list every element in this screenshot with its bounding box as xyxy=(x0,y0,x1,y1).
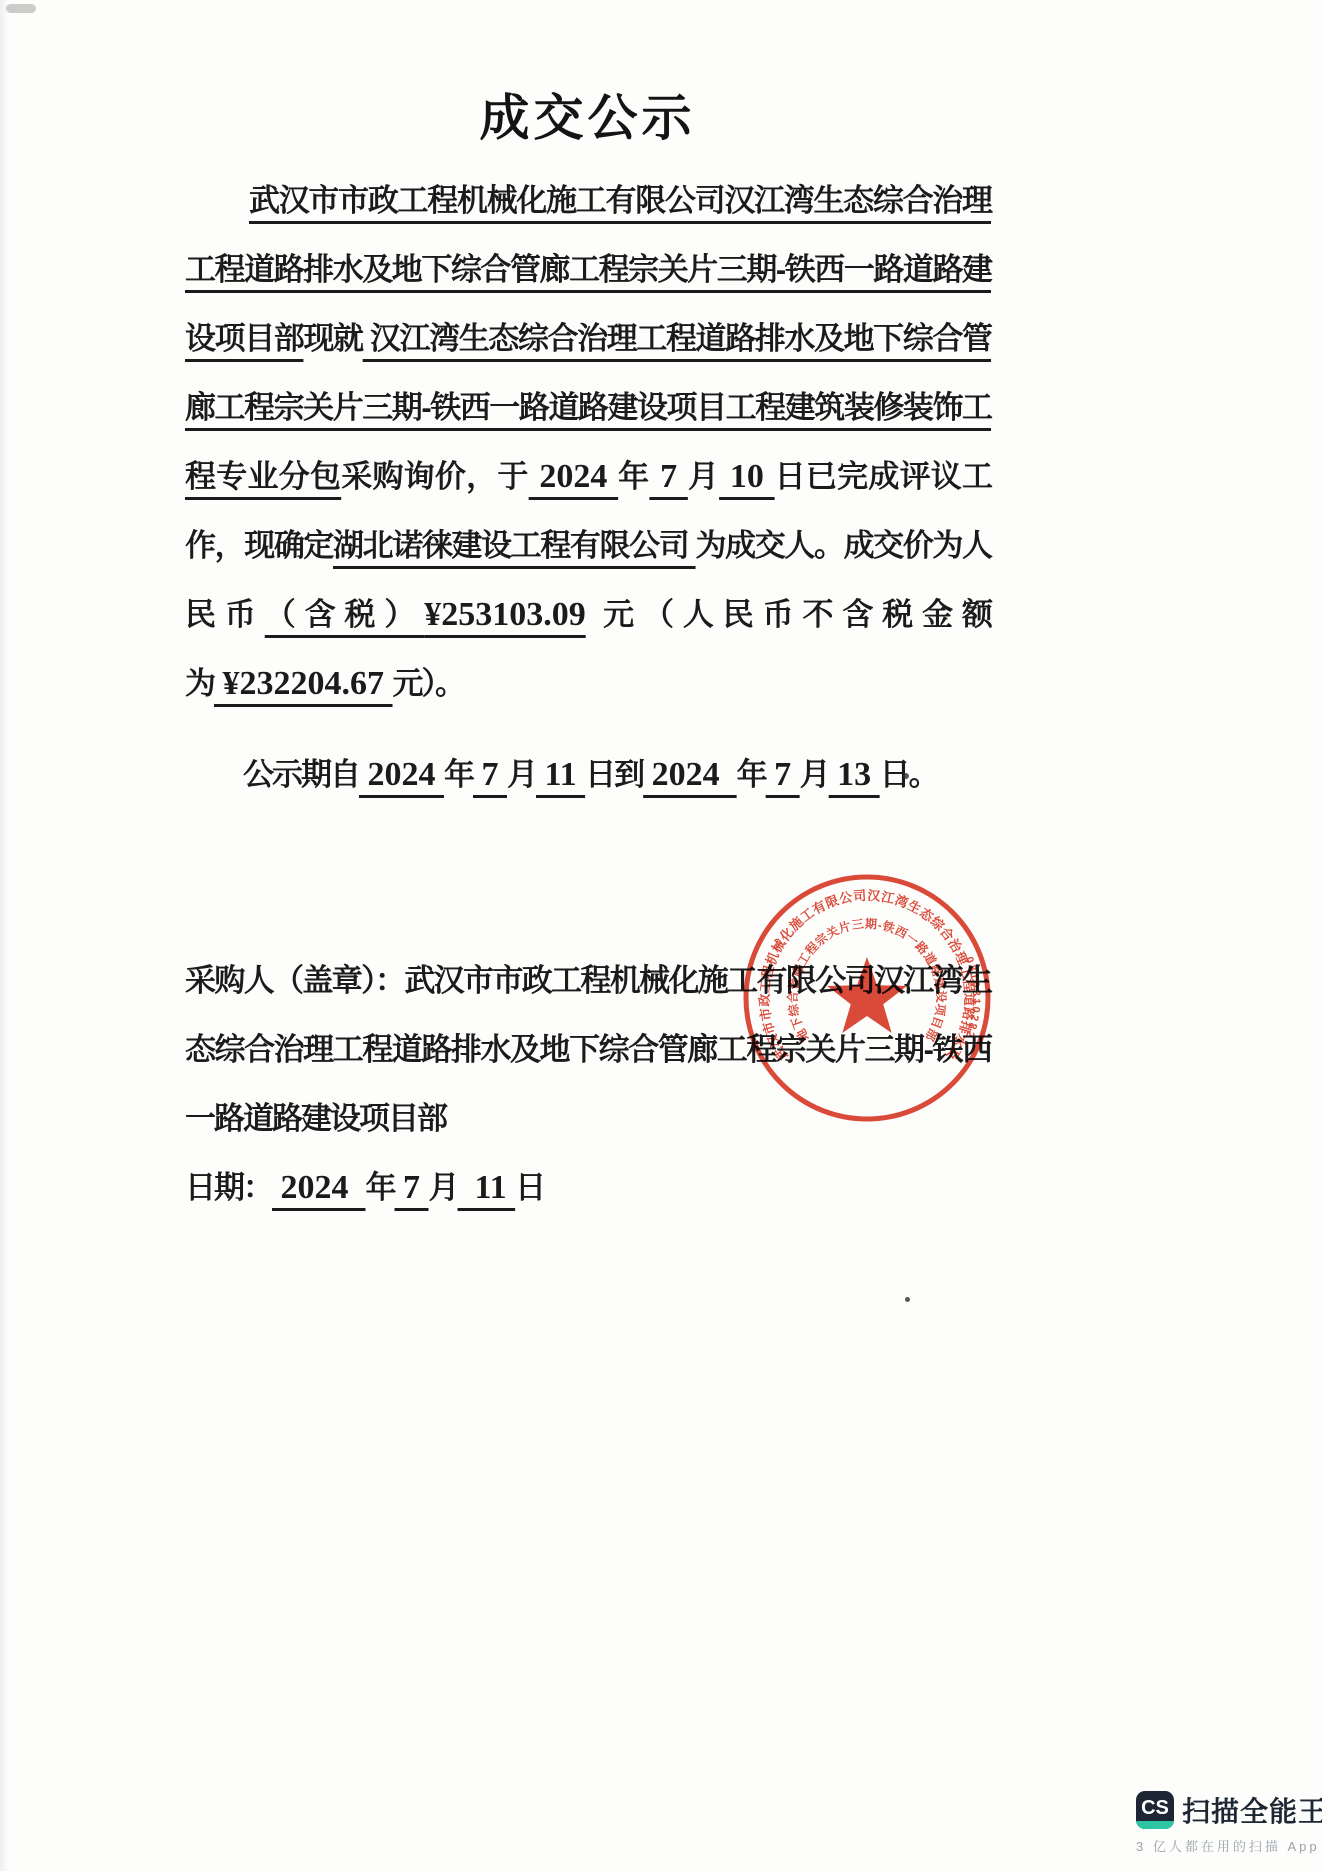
scan-artifact-dot xyxy=(905,1297,910,1302)
text-segment: 7 xyxy=(649,458,687,495)
text-segment: ¥232204.67 xyxy=(214,665,393,702)
text-segment: 7 xyxy=(473,756,507,793)
text-segment: （含税） xyxy=(265,597,424,632)
text-segment: 年 xyxy=(444,757,473,792)
seal-star-icon xyxy=(827,957,907,1033)
scan-artifact-smudge xyxy=(6,4,36,13)
camscanner-brand-text: 扫描全能王 xyxy=(1182,1796,1322,1827)
scan-artifact-dot xyxy=(903,773,909,779)
text-segment: 年 xyxy=(366,1170,395,1205)
text-segment: ¥253103.09 xyxy=(424,596,586,633)
text-segment: 月 xyxy=(429,1170,458,1205)
text-segment: 月 xyxy=(507,757,536,792)
text-segment: 13 xyxy=(829,756,880,793)
date-line: 日期： 2024 年 7 月 11 日 xyxy=(185,1153,991,1222)
text-segment: 日到 xyxy=(585,757,643,792)
text-segment: 7 xyxy=(766,756,800,793)
camscanner-watermark: CS 扫描全能王™ 3 亿人都在用的扫描 App xyxy=(1136,1790,1306,1855)
text-segment: 7 xyxy=(395,1169,429,1206)
text-segment: 现就 xyxy=(303,321,362,356)
camscanner-logo-accent xyxy=(1136,1821,1174,1829)
camscanner-logo-icon: CS xyxy=(1136,1791,1174,1829)
text-segment: 11 xyxy=(458,1169,516,1206)
text-segment: 元）。 xyxy=(393,666,465,701)
announcement-paragraph: 武汉市市政工程机械化施工有限公司汉江湾生态综合治理工程道路排水及地下综合管廊工程… xyxy=(185,166,991,718)
text-segment: 年 xyxy=(737,757,766,792)
text-segment: 2024 xyxy=(643,756,737,793)
scanned-document-page: 成交公示 武汉市市政工程机械化施工有限公司汉江湾生态综合治理工程道路排水及地下综… xyxy=(0,0,1322,1871)
text-segment: 采购询价，于 xyxy=(341,459,528,494)
publicity-period-line: 公示期自 2024 年 7 月 11 日到 2024 年 7 月 13 日。 xyxy=(185,740,991,809)
text-segment: 湖北诺徕建设工程有限公司 xyxy=(333,528,696,563)
text-segment: 月 xyxy=(800,757,829,792)
camscanner-logo-letters: CS xyxy=(1136,1793,1174,1823)
camscanner-tagline: 3 亿人都在用的扫描 App xyxy=(1136,1836,1306,1855)
text-segment: 2024 xyxy=(272,1169,366,1206)
text-segment: 11 xyxy=(536,756,585,793)
company-seal: 武汉市市政工程机械化施工有限公司汉江湾生态综合治理工程道路排水及 地下综合管廊工… xyxy=(736,867,998,1129)
text-segment: 年 xyxy=(618,459,649,494)
text-segment: 2024 xyxy=(529,458,618,495)
text-segment: 10 xyxy=(719,458,774,495)
text-segment: 月 xyxy=(688,459,719,494)
text-segment: 日 xyxy=(515,1170,544,1205)
text-segment: 2024 xyxy=(359,756,444,793)
camscanner-brand: 扫描全能王™ xyxy=(1182,1790,1322,1830)
text-segment: 公示期自 xyxy=(243,757,359,792)
page-title: 成交公示 xyxy=(185,78,990,150)
text-segment: 日期： xyxy=(185,1170,272,1205)
